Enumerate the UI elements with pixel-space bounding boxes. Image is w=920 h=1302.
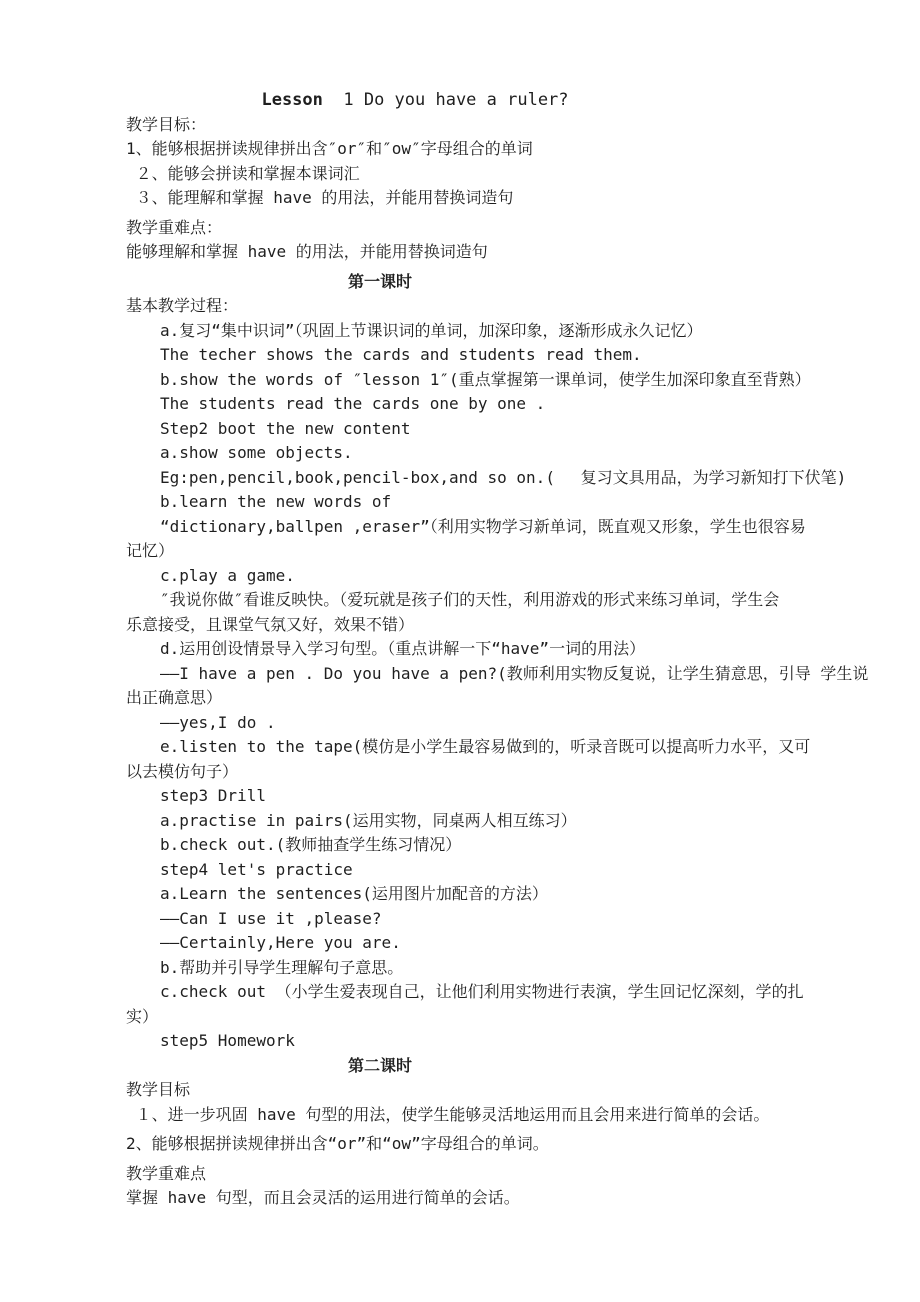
- title-rest: 1 Do you have a ruler?: [323, 90, 569, 110]
- doc-line: 出正确意思）: [126, 686, 796, 711]
- doc-line: 2、能够根据拼读规律拼出含“or”和“ow”字母组合的单词。: [126, 1132, 796, 1157]
- doc-line: c.check out （小学生爱表现自己，让他们利用实物进行表演，学生回记忆深…: [126, 980, 796, 1005]
- doc-line: 实）: [126, 1005, 796, 1030]
- doc-line: ３、能理解和掌握 have 的用法，并能用替换词造句: [126, 186, 796, 211]
- doc-line: 教学目标：: [126, 113, 796, 138]
- doc-line: a.show some objects.: [126, 441, 796, 466]
- doc-line: step5 Homework: [126, 1029, 796, 1054]
- doc-line: a.复习“集中识词”（巩固上节课识词的单词，加深印象，逐渐形成永久记忆）: [126, 319, 796, 344]
- doc-line: a.practise in pairs(运用实物，同桌两人相互练习）: [126, 809, 796, 834]
- doc-line: The students read the cards one by one .: [126, 392, 796, 417]
- title-lesson-label: Lesson: [261, 90, 322, 110]
- doc-line: ——Certainly,Here you are.: [126, 931, 796, 956]
- doc-line: b.learn the new words of: [126, 490, 796, 515]
- doc-line: d.运用创设情景导入学习句型。（重点讲解一下“have”一词的用法）: [126, 637, 796, 662]
- doc-line: step3 Drill: [126, 784, 796, 809]
- doc-line: e.listen to the tape(模仿是小学生最容易做到的，听录音既可以…: [126, 735, 796, 760]
- doc-line: 以去模仿句子）: [126, 760, 796, 785]
- doc-line: c.play a game.: [126, 564, 796, 589]
- doc-line: 1、能够根据拼读规律拼出含″or″和″ow″字母组合的单词: [126, 137, 796, 162]
- doc-line: The techer shows the cards and students …: [126, 343, 796, 368]
- doc-line: 能够理解和掌握 have 的用法，并能用替换词造句: [126, 240, 796, 265]
- section-heading: 第一课时: [45, 270, 715, 295]
- doc-line: step4 let's practice: [126, 858, 796, 883]
- doc-line: 教学重难点：: [126, 216, 796, 241]
- document-body: 教学目标：1、能够根据拼读规律拼出含″or″和″ow″字母组合的单词 ２、能够会…: [126, 113, 796, 1211]
- doc-line: “dictionary,ballpen ,eraser”（利用实物学习新单词，既…: [126, 515, 796, 540]
- doc-line: 教学重难点: [126, 1162, 796, 1187]
- doc-line: 基本教学过程：: [126, 294, 796, 319]
- document-title: Lesson 1 Do you have a ruler?: [80, 88, 750, 113]
- doc-line: 掌握 have 句型，而且会灵活的运用进行简单的会话。: [126, 1186, 796, 1211]
- doc-line: ——I have a pen . Do you have a pen?(教师利用…: [126, 662, 796, 687]
- doc-line: ——Can I use it ,please?: [126, 907, 796, 932]
- doc-line: a.Learn the sentences(运用图片加配音的方法）: [126, 882, 796, 907]
- doc-line: b.show the words of ″lesson 1″(重点掌握第一课单词…: [126, 368, 796, 393]
- doc-line: １、进一步巩固 have 句型的用法，使学生能够灵活地运用而且会用来进行简单的会…: [126, 1103, 796, 1128]
- section-heading: 第二课时: [45, 1054, 715, 1079]
- doc-line: ２、能够会拼读和掌握本课词汇: [126, 162, 796, 187]
- doc-line: Step2 boot the new content: [126, 417, 796, 442]
- doc-line: b.check out.(教师抽查学生练习情况）: [126, 833, 796, 858]
- doc-line: b.帮助并引导学生理解句子意思。: [126, 956, 796, 981]
- doc-line: ″我说你做″看谁反映快。（爱玩就是孩子们的天性，利用游戏的形式来练习单词，学生会: [126, 588, 796, 613]
- doc-line: ——yes,I do .: [126, 711, 796, 736]
- doc-line: 教学目标: [126, 1078, 796, 1103]
- doc-line: 乐意接受，且课堂气氛又好，效果不错）: [126, 613, 796, 638]
- doc-line: 记忆）: [126, 539, 796, 564]
- document-page: Lesson 1 Do you have a ruler? 教学目标：1、能够根…: [0, 0, 920, 1302]
- doc-line: Eg:pen,pencil,book,pencil-box,and so on.…: [126, 466, 796, 491]
